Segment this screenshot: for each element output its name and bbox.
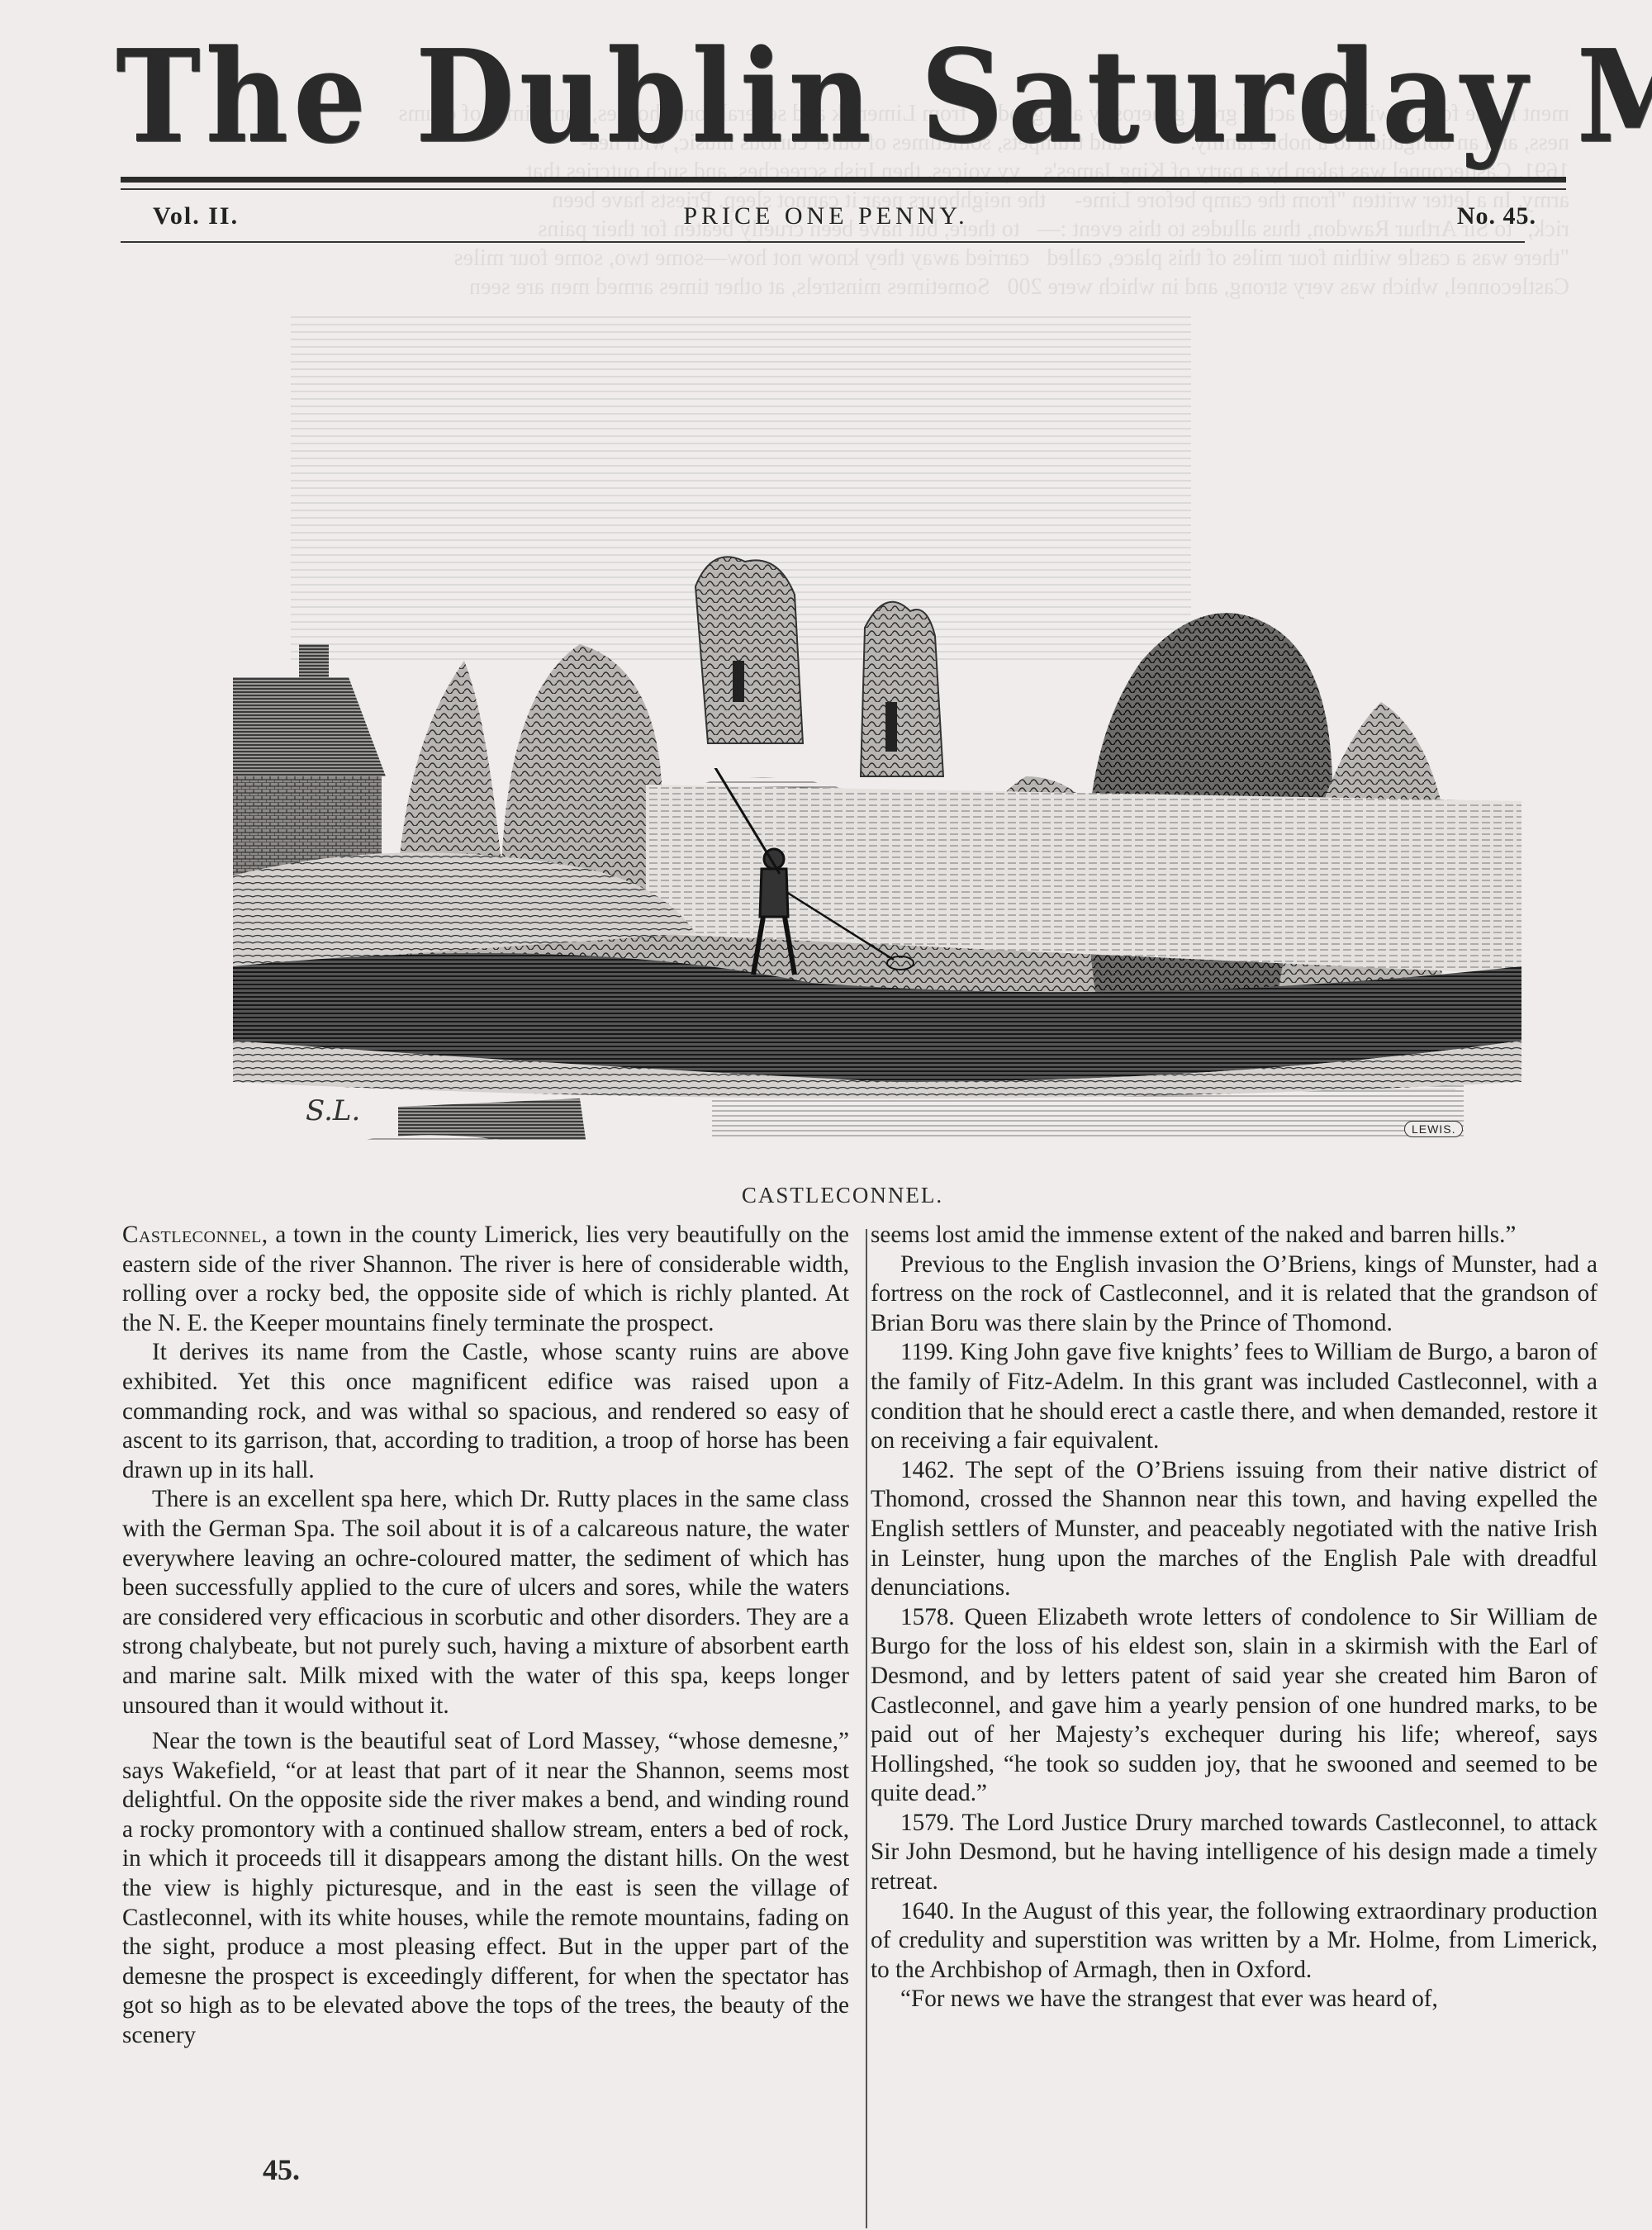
issue-number: No. 45.	[1457, 202, 1536, 230]
paragraph: 1199. King John gave five knights’ fees …	[871, 1338, 1597, 1455]
paragraph: 1579. The Lord Justice Drury marched tow…	[871, 1809, 1597, 1897]
price-label: PRICE ONE PENNY.	[124, 202, 1528, 230]
masthead-title: The Dublin Saturday Magazine.	[116, 9, 1569, 185]
paragraph: Near the town is the beautiful seat of L…	[122, 1727, 849, 2051]
paragraph: seems lost amid the immense extent of th…	[871, 1221, 1597, 1250]
masthead: The Dublin Saturday Magazine.	[116, 18, 1569, 175]
paragraph: Castleconnel, a town in the county Limer…	[122, 1221, 849, 1338]
engraving-foreground	[233, 768, 1550, 1115]
article-column-left: Castleconnel, a town in the county Limer…	[122, 1221, 849, 2051]
magazine-page: ment in the foot, it will be an act of g…	[0, 0, 1652, 2230]
paragraph: It derives its name from the Castle, who…	[122, 1338, 849, 1485]
paragraph: 1578. Queen Elizabeth wrote letters of c…	[871, 1603, 1597, 1809]
paragraph: “For news we have the strangest that eve…	[871, 1985, 1597, 2014]
page-number: 45.	[263, 2152, 300, 2187]
paragraph: 1640. In the August of this year, the fo…	[871, 1897, 1597, 1986]
masthead-rule-thick	[121, 177, 1566, 183]
engraver-signature-right: LEWIS.	[1404, 1121, 1463, 1137]
masthead-rule-thin	[121, 188, 1566, 190]
article-title: CASTLECONNEL.	[116, 1183, 1569, 1208]
engraver-signature-left: S.L.	[306, 1094, 360, 1127]
article-column-right: seems lost amid the immense extent of th…	[871, 1221, 1597, 2014]
issue-info-bar: Vol. II. PRICE ONE PENNY. No. 45.	[124, 201, 1528, 237]
paragraph: 1462. The sept of the O’Briens issuing f…	[871, 1456, 1597, 1603]
paragraph: There is an excellent spa here, which Dr…	[122, 1485, 849, 1720]
paragraph: Previous to the English invasion the O’B…	[871, 1250, 1597, 1339]
paragraph-lead: Castleconnel,	[122, 1222, 268, 1248]
info-bar-rule	[121, 241, 1525, 243]
column-divider	[866, 1229, 867, 2228]
